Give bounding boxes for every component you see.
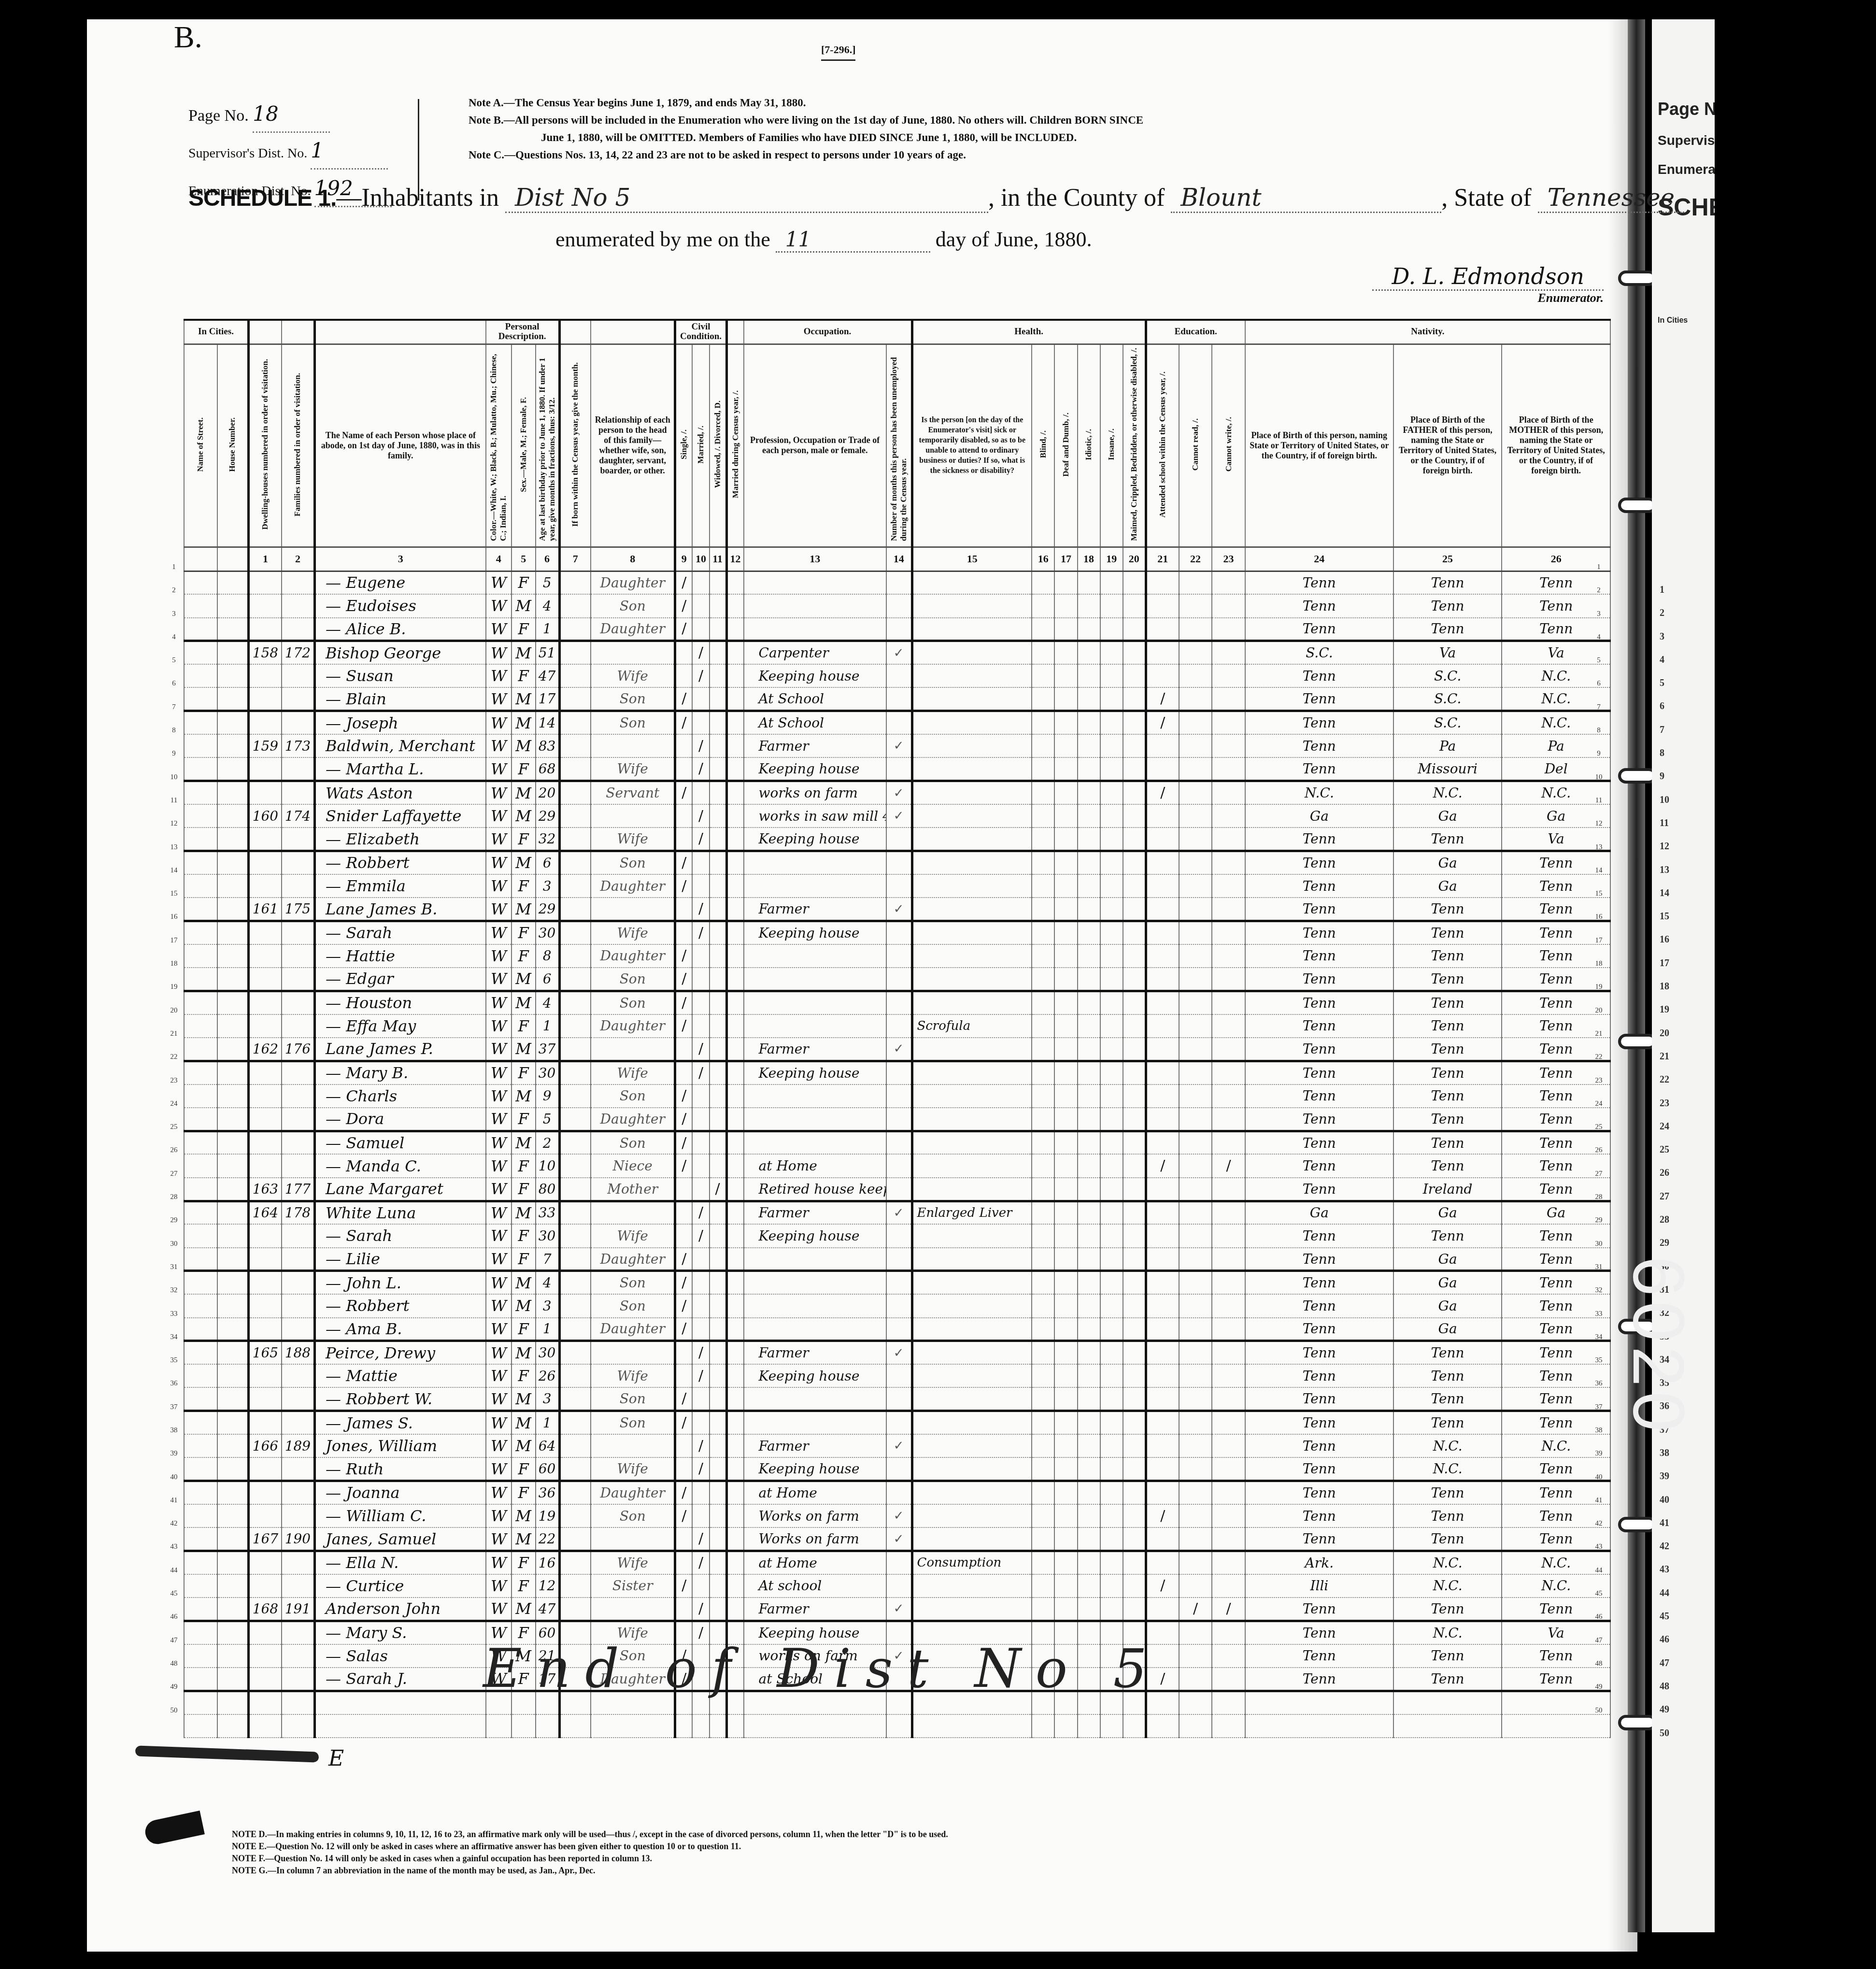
supervisor-district-label: Supervisor's Dist. No.: [188, 146, 307, 161]
occupation-cell: [744, 1294, 886, 1317]
insane-cell: [1100, 1131, 1123, 1154]
insane-cell: [1100, 921, 1123, 944]
blind-cell: [1032, 828, 1054, 851]
sickness-cell: [912, 1224, 1032, 1247]
idiotic-cell: [1078, 664, 1100, 687]
dwelling-number-cell: [248, 1084, 282, 1108]
occupation-cell: [744, 1248, 886, 1271]
relationship-cell: [591, 1527, 675, 1551]
col-13-label: Profession, Occupation or Trade of each …: [744, 435, 886, 456]
street-cell: [184, 1084, 217, 1108]
months-unemployed-cell: [886, 571, 912, 594]
widowed-mark-cell: [710, 618, 726, 641]
line-number: 15: [1589, 882, 1608, 905]
idiotic-cell: [1078, 1714, 1100, 1738]
color-cell: W: [486, 1527, 512, 1551]
widowed-mark-cell: [710, 687, 726, 711]
blind-cell: [1032, 664, 1054, 687]
married-mark-cell: [692, 1084, 709, 1108]
cannot-write-cell: [1212, 828, 1245, 851]
col-number: 20: [1123, 547, 1146, 571]
line-number: 25: [164, 1115, 184, 1139]
sex-cell: F: [512, 1108, 536, 1131]
color-cell: W: [486, 687, 512, 711]
age-cell: 3: [536, 1387, 560, 1411]
blind-cell: [1032, 571, 1054, 594]
cannot-read-cell: [1179, 711, 1212, 734]
birthplace-cell: Illi: [1245, 1574, 1393, 1598]
insane-cell: [1100, 687, 1123, 711]
person-name-cell: Baldwin, Merchant: [314, 734, 485, 757]
table-row: — RobbertWM3Son/TennGaTenn: [184, 1294, 1610, 1317]
married-mark-cell: /: [692, 1457, 709, 1481]
birthplace-cell: Tenn: [1245, 571, 1393, 594]
married-mark-cell: /: [692, 641, 709, 664]
birthplace-cell: Tenn: [1245, 944, 1393, 968]
age-cell: 19: [536, 1504, 560, 1527]
months-unemployed-cell: ✓: [886, 1201, 912, 1224]
street-cell: [184, 664, 217, 687]
family-number-cell: [282, 1457, 315, 1481]
disabled-cell: [1123, 1318, 1146, 1341]
blind-cell: [1032, 1224, 1054, 1247]
color-cell: W: [486, 734, 512, 757]
deaf-dumb-cell: [1054, 1481, 1077, 1504]
months-unemployed-cell: [886, 1481, 912, 1504]
line-number: 21: [1660, 1051, 1669, 1074]
family-number-cell: 175: [282, 898, 315, 921]
family-number-cell: [282, 781, 315, 804]
birthplace-cell: Tenn: [1245, 898, 1393, 921]
sickness-cell: [912, 734, 1032, 757]
cannot-write-cell: [1212, 1691, 1245, 1714]
father-birthplace-cell: Missouri: [1393, 757, 1502, 781]
idiotic-cell: [1078, 1574, 1100, 1598]
blind-cell: [1032, 1364, 1054, 1387]
table-row: — James S.WM1Son/TennTennTenn: [184, 1411, 1610, 1434]
sex-cell: F: [512, 1364, 536, 1387]
occupation-cell: [744, 968, 886, 991]
color-cell: W: [486, 1551, 512, 1574]
widowed-mark-cell: [710, 1527, 726, 1551]
birthplace-cell: Tenn: [1245, 1178, 1393, 1201]
cannot-read-cell: [1179, 1178, 1212, 1201]
dwelling-number-cell: [248, 1271, 282, 1294]
sickness-cell: [912, 944, 1032, 968]
line-number: 13: [1660, 865, 1669, 888]
color-cell: W: [486, 1457, 512, 1481]
house-number-cell: [217, 1201, 249, 1224]
census-rows: — EugeneWF5Daughter/TennTennTenn— Eudois…: [184, 571, 1610, 1738]
line-number: 8: [1589, 719, 1608, 742]
adjacent-enumeration-label: Enumerati: [1658, 162, 1715, 177]
birthplace-cell: Tenn: [1245, 1481, 1393, 1504]
dwelling-number-cell: [248, 1154, 282, 1177]
widowed-mark-cell: [710, 1574, 726, 1598]
line-number: 27: [164, 1162, 184, 1185]
disabled-cell: [1123, 571, 1146, 594]
house-number-cell: [217, 618, 249, 641]
married-mark-cell: /: [692, 1434, 709, 1457]
deaf-dumb-cell: [1054, 828, 1077, 851]
widowed-mark-cell: [710, 1504, 726, 1527]
single-mark-cell: /: [675, 1014, 692, 1038]
sex-cell: F: [512, 757, 536, 781]
relationship-cell: Son: [591, 991, 675, 1014]
sex-cell: M: [512, 991, 536, 1014]
relationship-cell: Son: [591, 687, 675, 711]
occupation-cell: Farmer: [744, 1598, 886, 1621]
color-cell: W: [486, 1271, 512, 1294]
months-unemployed-cell: [886, 921, 912, 944]
cannot-read-cell: [1179, 851, 1212, 874]
col-16-label: Blind, /.: [1038, 430, 1048, 458]
birthplace-cell: Tenn: [1245, 594, 1393, 617]
attended-school-cell: [1146, 968, 1179, 991]
line-number: 50: [1660, 1728, 1669, 1751]
cannot-read-cell: [1179, 571, 1212, 594]
relationship-cell: Son: [591, 851, 675, 874]
birth-month-cell: [559, 1201, 591, 1224]
sickness-cell: [912, 757, 1032, 781]
col-number: 17: [1054, 547, 1077, 571]
house-number-cell: [217, 1014, 249, 1038]
house-number-cell: [217, 1038, 249, 1061]
sex-cell: F: [512, 1178, 536, 1201]
color-cell: W: [486, 944, 512, 968]
relationship-cell: [591, 1038, 675, 1061]
line-number: 35: [1589, 1349, 1608, 1372]
attended-school-cell: [1146, 1411, 1179, 1434]
widowed-mark-cell: [710, 1154, 726, 1177]
disabled-cell: [1123, 687, 1146, 711]
house-number-cell: [217, 1341, 249, 1364]
idiotic-cell: [1078, 1364, 1100, 1387]
married-in-year-cell: [726, 1527, 743, 1551]
occupation-cell: [744, 1271, 886, 1294]
disabled-cell: [1123, 1108, 1146, 1131]
married-mark-cell: [692, 1294, 709, 1317]
family-number-cell: [282, 571, 315, 594]
single-mark-cell: /: [675, 1411, 692, 1434]
line-number: 39: [1589, 1442, 1608, 1465]
idiotic-cell: [1078, 1061, 1100, 1084]
married-in-year-cell: [726, 641, 743, 664]
cannot-write-cell: [1212, 1714, 1245, 1738]
sickness-cell: [912, 1038, 1032, 1061]
line-number: 13: [1589, 836, 1608, 859]
age-cell: 80: [536, 1178, 560, 1201]
birthplace-cell: Tenn: [1245, 1084, 1393, 1108]
deaf-dumb-cell: [1054, 968, 1077, 991]
insane-cell: [1100, 1178, 1123, 1201]
disabled-cell: [1123, 1387, 1146, 1411]
widowed-mark-cell: [710, 1224, 726, 1247]
relationship-cell: Niece: [591, 1154, 675, 1177]
color-cell: W: [486, 828, 512, 851]
age-cell: 4: [536, 594, 560, 617]
married-mark-cell: /: [692, 898, 709, 921]
blind-cell: [1032, 968, 1054, 991]
line-number: 44: [1660, 1588, 1669, 1611]
binder-ring-icon: [1618, 498, 1657, 513]
birth-month-cell: [559, 874, 591, 898]
house-number-cell: [217, 734, 249, 757]
insane-cell: [1100, 898, 1123, 921]
disabled-cell: [1123, 1178, 1146, 1201]
father-birthplace-cell: Tenn: [1393, 1014, 1502, 1038]
blind-cell: [1032, 1457, 1054, 1481]
deaf-dumb-cell: [1054, 921, 1077, 944]
disabled-cell: [1123, 851, 1146, 874]
family-number-cell: [282, 1318, 315, 1341]
months-unemployed-cell: ✓: [886, 1434, 912, 1457]
cannot-write-cell: [1212, 594, 1245, 617]
father-birthplace-cell: Tenn: [1393, 1084, 1502, 1108]
cannot-read-cell: [1179, 687, 1212, 711]
cannot-read-cell: [1179, 1411, 1212, 1434]
birth-month-cell: [559, 1224, 591, 1247]
cannot-write-cell: [1212, 734, 1245, 757]
birth-month-cell: [559, 1038, 591, 1061]
blind-cell: [1032, 594, 1054, 617]
insane-cell: [1100, 1504, 1123, 1527]
line-number: 41: [1660, 1518, 1669, 1541]
occupation-cell: Keeping house: [744, 921, 886, 944]
house-number-cell: [217, 664, 249, 687]
sex-cell: F: [512, 1551, 536, 1574]
age-cell: 29: [536, 804, 560, 828]
single-mark-cell: [675, 1714, 692, 1738]
street-cell: [184, 1248, 217, 1271]
cannot-write-cell: [1212, 804, 1245, 828]
married-mark-cell: /: [692, 1061, 709, 1084]
single-mark-cell: [675, 1551, 692, 1574]
dwelling-number-cell: [248, 991, 282, 1014]
birthplace-cell: Tenn: [1245, 1668, 1393, 1691]
sex-cell: M: [512, 804, 536, 828]
relationship-cell: Wife: [591, 921, 675, 944]
sex-cell: M: [512, 1084, 536, 1108]
father-birthplace-cell: Tenn: [1393, 1038, 1502, 1061]
attended-school-cell: [1146, 1551, 1179, 1574]
cannot-write-cell: [1212, 1294, 1245, 1317]
dwelling-number-cell: [248, 687, 282, 711]
single-mark-cell: [675, 757, 692, 781]
occupation-cell: at Home: [744, 1154, 886, 1177]
cannot-write-cell: [1212, 1551, 1245, 1574]
person-name-cell: Janes, Samuel: [314, 1527, 485, 1551]
relationship-cell: [591, 641, 675, 664]
dwelling-number-cell: 163: [248, 1178, 282, 1201]
age-cell: 1: [536, 1014, 560, 1038]
cannot-write-cell: [1212, 781, 1245, 804]
insane-cell: [1100, 1014, 1123, 1038]
county-field: Blount: [1171, 184, 1441, 213]
widowed-mark-cell: [710, 1598, 726, 1621]
insane-cell: [1100, 571, 1123, 594]
attended-school-cell: [1146, 1457, 1179, 1481]
cannot-read-cell: [1179, 1061, 1212, 1084]
person-name-cell: — Joanna: [314, 1481, 485, 1504]
dwelling-number-cell: [248, 711, 282, 734]
sex-cell: M: [512, 1411, 536, 1434]
insane-cell: [1100, 1551, 1123, 1574]
married-mark-cell: [692, 571, 709, 594]
relationship-cell: Sister: [591, 1574, 675, 1598]
dwelling-number-cell: 160: [248, 804, 282, 828]
occupation-cell: Works on farm: [744, 1527, 886, 1551]
person-name-cell: — Martha L.: [314, 757, 485, 781]
dwelling-number-cell: [248, 1014, 282, 1038]
house-number-cell: [217, 1364, 249, 1387]
married-in-year-cell: [726, 1551, 743, 1574]
col-number: 2: [282, 547, 315, 571]
color-cell: W: [486, 1364, 512, 1387]
sickness-cell: [912, 1527, 1032, 1551]
cannot-read-cell: [1179, 641, 1212, 664]
table-row: — EugeneWF5Daughter/TennTennTenn: [184, 571, 1610, 594]
sex-cell: M: [512, 1038, 536, 1061]
widowed-mark-cell: [710, 968, 726, 991]
birth-month-cell: [559, 1341, 591, 1364]
months-unemployed-cell: [886, 851, 912, 874]
single-mark-cell: [675, 1038, 692, 1061]
dwelling-number-cell: 161: [248, 898, 282, 921]
occupation-cell: Carpenter: [744, 641, 886, 664]
line-number: 2: [1660, 608, 1669, 631]
house-number-cell: [217, 1131, 249, 1154]
birthplace-cell: Ga: [1245, 804, 1393, 828]
married-mark-cell: /: [692, 1598, 709, 1621]
blind-cell: [1032, 687, 1054, 711]
months-unemployed-cell: [886, 1178, 912, 1201]
idiotic-cell: [1078, 1411, 1100, 1434]
dwelling-number-cell: [248, 1387, 282, 1411]
widowed-mark-cell: [710, 1294, 726, 1317]
table-row: — Ama B.WF1Daughter/TennGaTenn: [184, 1318, 1610, 1341]
single-mark-cell: [675, 1364, 692, 1387]
occupation-cell: At school: [744, 1574, 886, 1598]
line-number: 17: [1660, 958, 1669, 981]
line-number: 34: [1589, 1326, 1608, 1349]
sex-cell: F: [512, 1318, 536, 1341]
archive-stamp: 6020: [1617, 1256, 1700, 1437]
age-cell: 2: [536, 1131, 560, 1154]
line-number: 29: [1589, 1209, 1608, 1232]
col-23-label: Cannot write, /.: [1224, 417, 1234, 471]
blind-cell: [1032, 944, 1054, 968]
widowed-mark-cell: [710, 594, 726, 617]
line-number: 19: [1660, 1004, 1669, 1027]
family-number-cell: [282, 968, 315, 991]
married-mark-cell: /: [692, 1364, 709, 1387]
sickness-cell: [912, 618, 1032, 641]
table-row: 167190Janes, SamuelWM22/Works on farm✓Te…: [184, 1527, 1610, 1551]
cannot-read-cell: [1179, 1318, 1212, 1341]
sex-cell: M: [512, 1504, 536, 1527]
sickness-cell: [912, 571, 1032, 594]
relationship-cell: Wife: [591, 664, 675, 687]
family-number-cell: [282, 618, 315, 641]
cannot-read-cell: [1179, 991, 1212, 1014]
blind-cell: [1032, 991, 1054, 1014]
cannot-write-cell: [1212, 1318, 1245, 1341]
cannot-read-cell: [1179, 1131, 1212, 1154]
house-number-cell: [217, 1178, 249, 1201]
birthplace-cell: Tenn: [1245, 874, 1393, 898]
age-cell: 30: [536, 1224, 560, 1247]
dwelling-number-cell: [248, 1108, 282, 1131]
blind-cell: [1032, 1527, 1054, 1551]
line-number: 10: [1660, 795, 1669, 818]
age-cell: 22: [536, 1527, 560, 1551]
dwelling-number-cell: [248, 968, 282, 991]
line-number: 20: [164, 999, 184, 1022]
adjacent-supervisor-label: Supervisor: [1658, 133, 1715, 148]
married-mark-cell: /: [692, 757, 709, 781]
cannot-write-cell: [1212, 1504, 1245, 1527]
cannot-write-cell: /: [1212, 1598, 1245, 1621]
single-mark-cell: /: [675, 618, 692, 641]
insane-cell: [1100, 991, 1123, 1014]
table-row: — Manda C.WF10Niece/at Home//TennTennTen…: [184, 1154, 1610, 1177]
relationship-cell: Wife: [591, 1457, 675, 1481]
attended-school-cell: [1146, 1714, 1179, 1738]
col-15-label: Is the person [on the day of the Enumera…: [913, 415, 1032, 476]
birthplace-cell: [1245, 1714, 1393, 1738]
idiotic-cell: [1078, 1014, 1100, 1038]
house-number-cell: [217, 1294, 249, 1317]
months-unemployed-cell: [886, 1318, 912, 1341]
color-cell: W: [486, 757, 512, 781]
married-mark-cell: /: [692, 1527, 709, 1551]
col-number: 13: [744, 547, 886, 571]
family-number-cell: [282, 1481, 315, 1504]
widowed-mark-cell: [710, 1201, 726, 1224]
line-number: 16: [164, 905, 184, 928]
age-cell: 17: [536, 687, 560, 711]
insane-cell: [1100, 874, 1123, 898]
line-number: 39: [1660, 1471, 1669, 1494]
table-row: — Robbert W.WM3Son/TennTennTenn: [184, 1387, 1610, 1411]
insane-cell: [1100, 618, 1123, 641]
sickness-cell: [912, 1387, 1032, 1411]
table-row: Wats AstonWM20Servant/works on farm✓/N.C…: [184, 781, 1610, 804]
married-in-year-cell: [726, 594, 743, 617]
line-number: 47: [1589, 1629, 1608, 1652]
line-number: 31: [1589, 1256, 1608, 1279]
col-7-label: If born within the Census year, give the…: [570, 362, 580, 527]
street-cell: [184, 1108, 217, 1131]
married-in-year-cell: [726, 1131, 743, 1154]
col-number: 14: [886, 547, 912, 571]
birthplace-cell: Tenn: [1245, 1364, 1393, 1387]
cannot-read-cell: [1179, 1527, 1212, 1551]
months-unemployed-cell: [886, 1154, 912, 1177]
sickness-cell: [912, 921, 1032, 944]
line-number: 46: [164, 1605, 184, 1628]
relationship-cell: Son: [591, 1504, 675, 1527]
street-cell: [184, 1644, 217, 1668]
age-cell: 3: [536, 874, 560, 898]
sickness-cell: [912, 1411, 1032, 1434]
insane-cell: [1100, 781, 1123, 804]
dwelling-number-cell: [248, 1574, 282, 1598]
widowed-mark-cell: [710, 1248, 726, 1271]
birth-month-cell: [559, 851, 591, 874]
attended-school-cell: /: [1146, 711, 1179, 734]
